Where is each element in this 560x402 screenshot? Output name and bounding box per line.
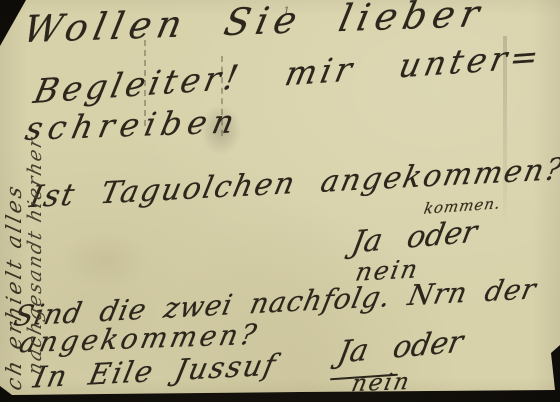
handwritten-line-3: schreiben <box>22 102 243 148</box>
postcard-paper: 1 Wollen Sie lieber Begleiter! mir unter… <box>0 0 560 402</box>
interlinear-correction: kommen. <box>422 194 502 218</box>
margin-note-vertical-1: Ich erhielt alles <box>2 181 26 402</box>
answer-nein-2: nein <box>349 369 413 397</box>
paper-stain <box>60 230 150 290</box>
answer-ja-oder-2: Ja oder <box>335 324 466 371</box>
margin-note-vertical-2: nachgesandt hierher <box>24 134 46 378</box>
handwritten-line-1: Wollen Sie lieber <box>20 0 490 51</box>
photograph-backdrop: 1 Wollen Sie lieber Begleiter! mir unter… <box>0 0 560 402</box>
